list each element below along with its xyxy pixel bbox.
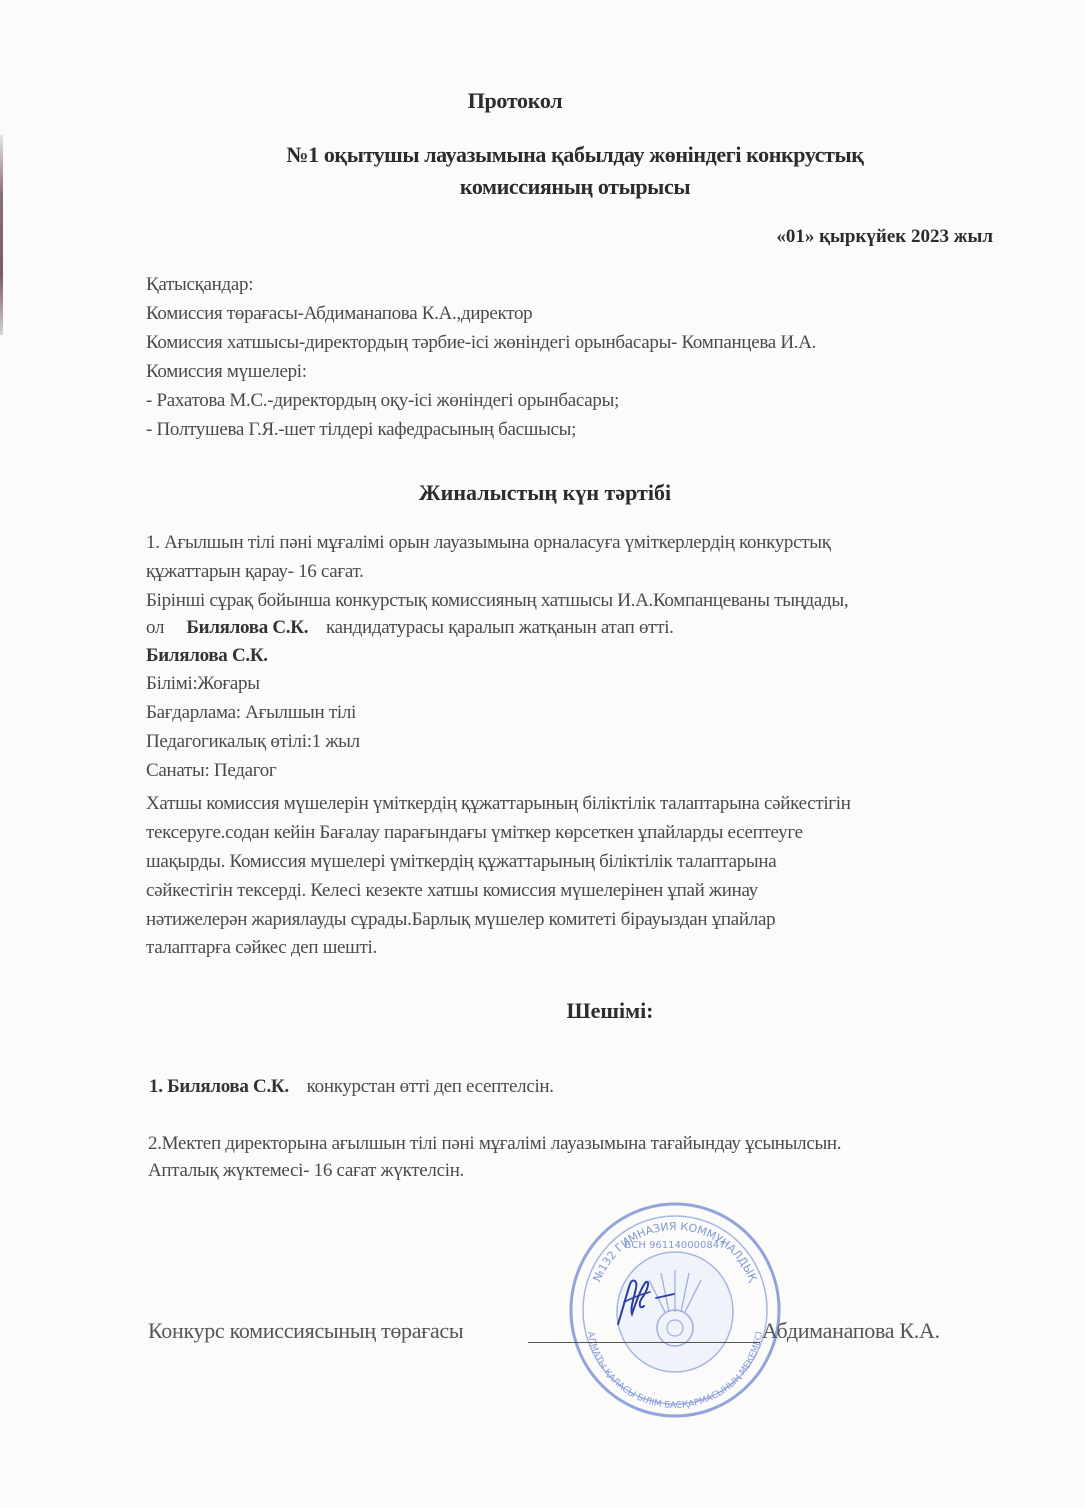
agenda-item1-line2: құжаттарын қарау- 16 сағат. [146, 561, 364, 583]
signature-underline [528, 1342, 760, 1343]
candidate-program: Бағдарлама: Ағылшын тілі [146, 702, 356, 724]
signature-name: Абдиманапова К.А. [762, 1318, 940, 1344]
candidate-experience: Педагогикалық өтілі:1 жыл [146, 731, 360, 753]
participants-members-label: Комиссия мүшелері: [146, 361, 307, 383]
decision-heading: Шешімі: [40, 998, 1085, 1024]
svg-text:БСН 961140000847: БСН 961140000847 [625, 1240, 726, 1251]
candidate-category: Санаты: Педагог [146, 760, 276, 782]
participants-secretary: Комиссия хатшысы-директордың тәрбие-ісі … [146, 332, 816, 354]
participants-chair: Комиссия төрағасы-Абдиманапова К.А.,дире… [146, 303, 532, 325]
agenda-heading: Жиналыстың күн тәртібі [0, 480, 1085, 506]
discussion-line: шақырды. Комиссия мүшелері үміткердің құ… [146, 851, 776, 873]
document-subtitle-line2: комиссияның отырысы [20, 174, 1085, 200]
participants-label: Қатысқандар: [146, 274, 253, 296]
decision-item2-line2: Апталық жүктемесі- 16 сағат жүктелсін. [148, 1160, 464, 1182]
agenda-candidate-name: Билялова С.К. [186, 617, 308, 638]
decision-item2-line1: 2.Мектеп директорына ағылшын тілі пәні м… [148, 1133, 841, 1155]
decision-item1: 1. Билялова С.К. конкурстан өтті деп есе… [149, 1076, 554, 1098]
document-subtitle-line1: №1 оқытушы лауазымына қабылдау жөніндегі… [20, 142, 1085, 168]
decision-item1-candidate: 1. Билялова С.К. [149, 1076, 289, 1097]
candidate-name: Билялова С.К. [146, 645, 268, 667]
agenda-first-question-line1: Бірінші сұрақ бойынша конкурстық комисси… [146, 590, 848, 612]
discussion-line: тексеруге.содан кейін Бағалау парағындағ… [146, 822, 803, 844]
document-title: Протокол [0, 88, 1030, 114]
signature-role: Конкурс комиссиясының төрағасы [148, 1318, 463, 1344]
decision-item1-text: конкурстан өтті деп есептелсін. [307, 1076, 554, 1097]
agenda-suffix: кандидатурасы қаралып жатқанын атап өтті… [326, 617, 674, 638]
participants-member: - Рахатова М.С.-директордың оқу-ісі жөні… [146, 390, 619, 412]
participants-member: - Полтушева Г.Я.-шет тілдері кафедрасыны… [146, 419, 576, 441]
handwritten-signature-icon [612, 1272, 682, 1332]
discussion-line: талаптарға сәйкес деп шешті. [146, 937, 377, 959]
agenda-prefix: ол [146, 617, 164, 638]
discussion-line: сәйкестігін тексерді. Келесі кезекте хат… [146, 880, 758, 902]
agenda-first-question-line2: ол Билялова С.К. кандидатурасы қаралып ж… [146, 617, 674, 639]
document-date: «01» қыркүйек 2023 жыл [776, 226, 993, 248]
discussion-line: нәтижелерән жариялауды сұрады.Барлық мүш… [146, 909, 775, 931]
scan-edge-strip [0, 135, 3, 335]
candidate-education: Білімі:Жоғары [146, 673, 260, 695]
agenda-item1-line1: 1. Ағылшын тілі пәні мұғалімі орын лауаз… [146, 532, 831, 554]
discussion-line: Хатшы комиссия мүшелерін үміткердің құжа… [146, 793, 851, 815]
